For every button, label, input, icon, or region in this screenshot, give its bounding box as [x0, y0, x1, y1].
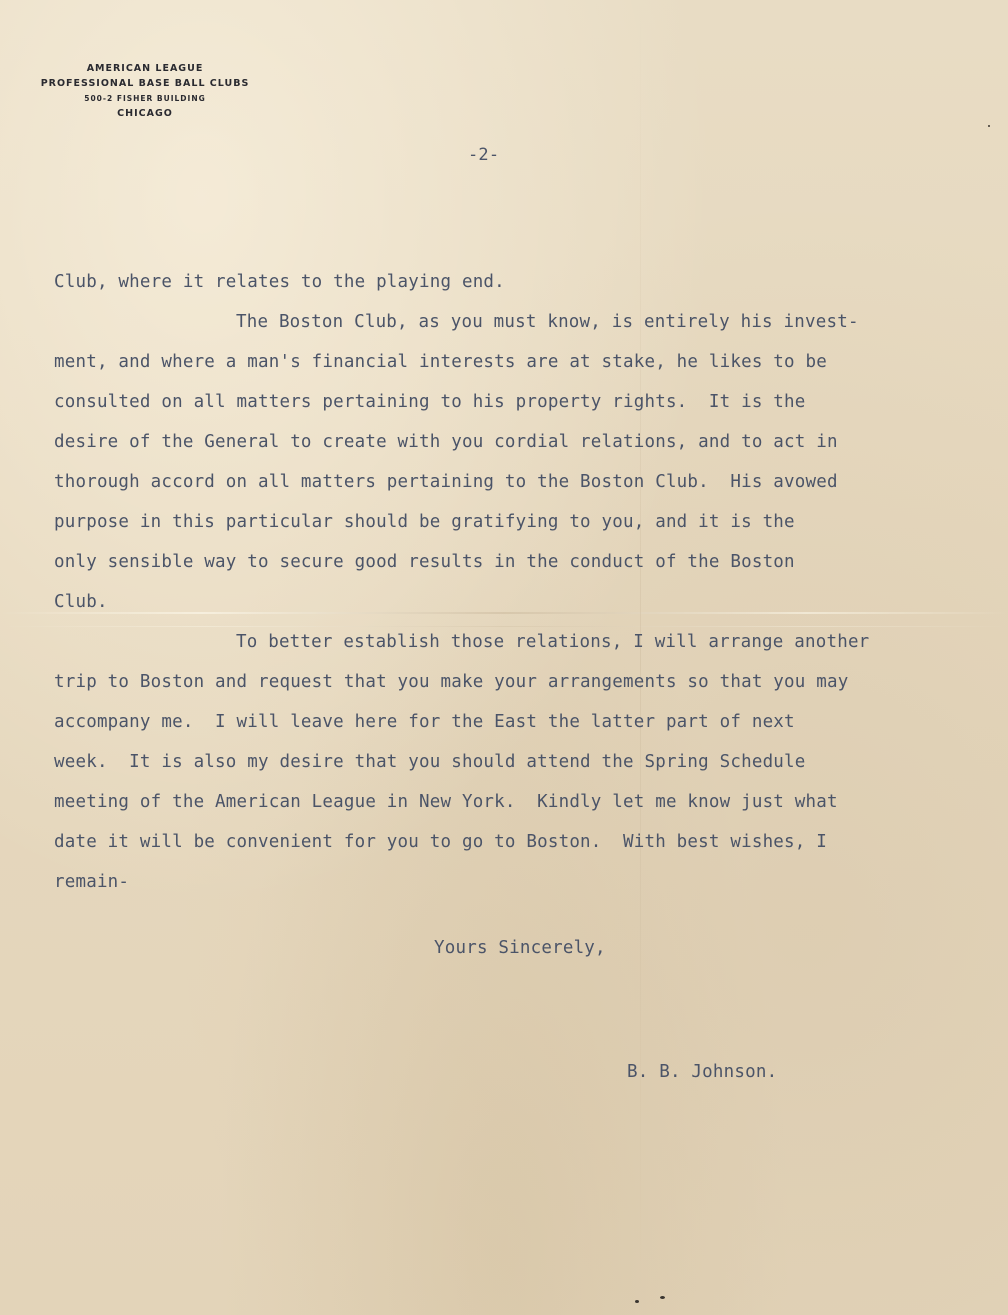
body-line: consulted on all matters pertaining to h…	[54, 382, 974, 422]
signature: B. B. Johnson.	[627, 1062, 777, 1082]
body-line: remain-	[54, 862, 974, 902]
body-line: trip to Boston and request that you make…	[54, 662, 974, 702]
body-line: thorough accord on all matters pertainin…	[54, 462, 974, 502]
body-line: The Boston Club, as you must know, is en…	[54, 302, 974, 342]
paper-speck	[660, 1296, 665, 1299]
body-line: ment, and where a man's financial intere…	[54, 342, 974, 382]
body-line: desire of the General to create with you…	[54, 422, 974, 462]
letterhead-city: CHICAGO	[20, 106, 270, 122]
paper-speck	[635, 1300, 639, 1303]
body-line: purpose in this particular should be gra…	[54, 502, 974, 542]
letterhead-organization: AMERICAN LEAGUE	[20, 62, 270, 76]
letterhead: AMERICAN LEAGUE PROFESSIONAL BASE BALL C…	[20, 62, 270, 122]
letterhead-address: 500-2 FISHER BUILDING	[20, 92, 270, 106]
body-line: only sensible way to secure good results…	[54, 542, 974, 582]
body-line: week. It is also my desire that you shou…	[54, 742, 974, 782]
letter-page: AMERICAN LEAGUE PROFESSIONAL BASE BALL C…	[0, 0, 1008, 1315]
letter-body: Club, where it relates to the playing en…	[54, 262, 974, 902]
body-line: accompany me. I will leave here for the …	[54, 702, 974, 742]
letterhead-subtitle: PROFESSIONAL BASE BALL CLUBS	[20, 76, 270, 92]
paper-speck	[988, 125, 990, 127]
page-number: -2-	[468, 145, 499, 165]
body-line: meeting of the American League in New Yo…	[54, 782, 974, 822]
body-line: To better establish those relations, I w…	[54, 622, 974, 662]
closing: Yours Sincerely,	[434, 938, 606, 958]
body-line: Club, where it relates to the playing en…	[54, 262, 974, 302]
body-line: date it will be convenient for you to go…	[54, 822, 974, 862]
body-line: Club.	[54, 582, 974, 622]
